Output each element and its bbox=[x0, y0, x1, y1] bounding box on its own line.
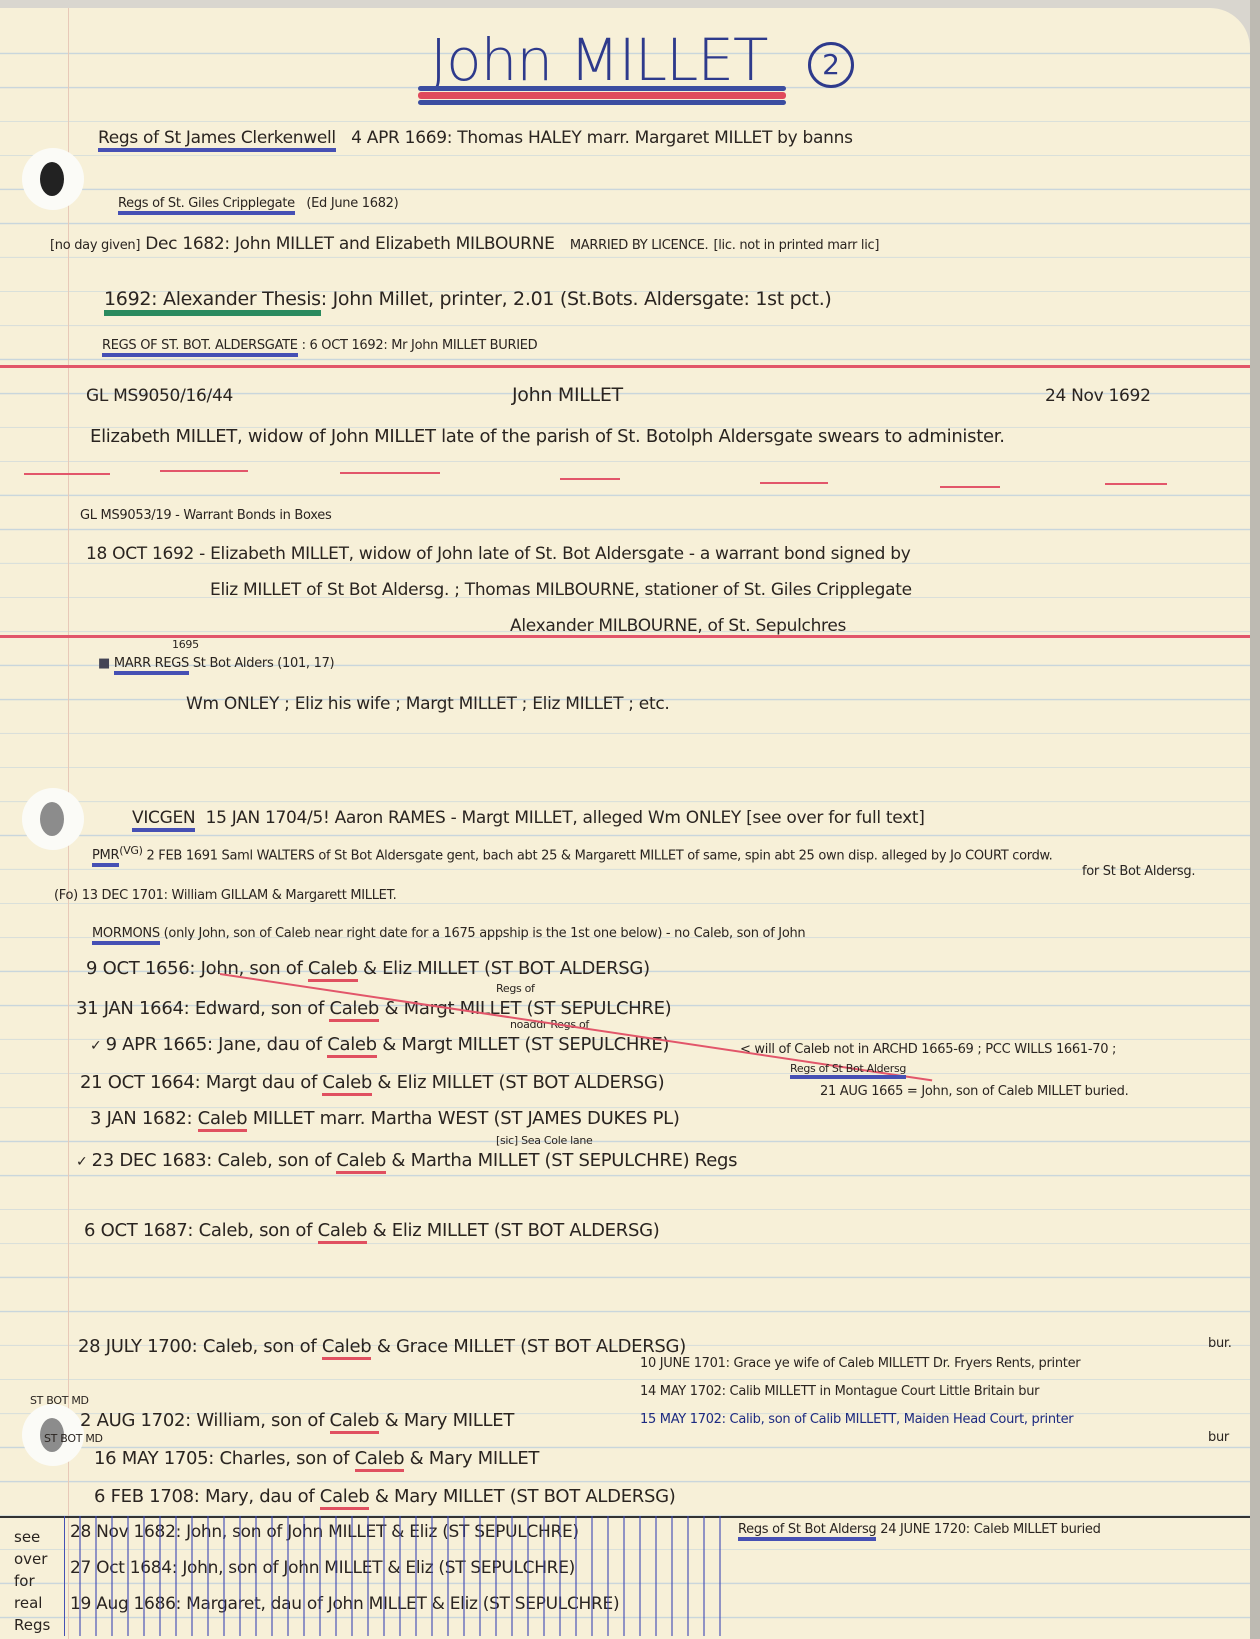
record-father: Caleb bbox=[327, 1034, 377, 1058]
record-date: 6 FEB 1708: bbox=[94, 1486, 205, 1507]
section-divider bbox=[0, 365, 1250, 368]
burial-1665: 21 AUG 1665 = John, son of Caleb MILLET … bbox=[820, 1084, 1128, 1099]
page-number-badge: 2 bbox=[808, 42, 854, 88]
entry-text: : John Millet, printer, 2.01 (St.Bots. A… bbox=[321, 288, 832, 310]
record-row: 6 OCT 1687: Caleb, son of Caleb & Eliz M… bbox=[84, 1220, 659, 1241]
thesis-entry: 1692: Alexander Thesis: John Millet, pri… bbox=[104, 288, 832, 310]
entry-text: 24 JUNE 1720: Caleb MILLET buried bbox=[880, 1522, 1100, 1537]
record-row: 21 OCT 1664: Margt dau of Caleb & Eliz M… bbox=[80, 1072, 664, 1093]
source-label: 1692: Alexander Thesis bbox=[104, 288, 321, 316]
source-label: Regs of St James Clerkenwell bbox=[98, 128, 336, 152]
record-person: Caleb bbox=[203, 1336, 253, 1357]
entry-text: 4 APR 1669: Thomas HALEY marr. Margaret … bbox=[351, 128, 852, 148]
fo-entry: (Fo) 13 DEC 1701: William GILLAM & Marga… bbox=[54, 888, 397, 903]
record-row: 6 FEB 1708: Mary, dau of Caleb & Mary MI… bbox=[94, 1486, 675, 1507]
record-row: 2 AUG 1702: William, son of Caleb & Mary… bbox=[80, 1410, 514, 1431]
check-mark: ✓ bbox=[76, 1154, 92, 1170]
marr-names: Wm ONLEY ; Eliz his wife ; Margt MILLET … bbox=[186, 694, 669, 714]
record-date: 9 APR 1665: bbox=[106, 1034, 219, 1055]
notebook-page: John MILLET 2 Regs of St James Clerkenwe… bbox=[0, 8, 1250, 1639]
record-relation: , son of bbox=[267, 1150, 336, 1171]
cripplegate-heading: Regs of St. Giles Cripplegate (Ed June 1… bbox=[118, 196, 398, 211]
source-label: REGS OF ST. BOT. ALDERSGATE bbox=[102, 338, 298, 357]
source-label: MORMONS bbox=[92, 926, 160, 945]
source-note: (Ed June 1682) bbox=[306, 196, 398, 211]
burial-extra: bur. bbox=[1208, 1336, 1232, 1351]
dash bbox=[560, 478, 620, 480]
entry-caps: MARRIED BY LICENCE. bbox=[570, 238, 708, 253]
record-rest: & Mary MILLET (ST BOT ALDERSG) bbox=[369, 1486, 675, 1507]
record-date: 23 DEC 1683: bbox=[92, 1150, 218, 1171]
source-label: Regs of St. Giles Cripplegate bbox=[118, 196, 295, 215]
admin-text: Elizabeth MILLET, widow of John MILLET l… bbox=[90, 426, 1005, 447]
dash bbox=[340, 472, 440, 474]
record-father: Caleb bbox=[198, 1108, 248, 1132]
record-person: Charles bbox=[219, 1448, 285, 1469]
cripplegate-entry: [no day given] Dec 1682: John MILLET and… bbox=[50, 234, 879, 254]
title-underline bbox=[418, 86, 786, 108]
record-father: Caleb bbox=[330, 1410, 380, 1434]
source-label: MARR REGS bbox=[114, 656, 189, 675]
pmr-cont: for St Bot Aldersg. bbox=[1082, 864, 1195, 879]
record-father: Caleb bbox=[318, 1220, 368, 1244]
record-relation: , dau of bbox=[256, 1034, 327, 1055]
record-rest: & Eliz MILLET (ST BOT ALDERSG) bbox=[372, 1072, 664, 1093]
bonds-ref: GL MS9053/19 - Warrant Bonds in Boxes bbox=[80, 508, 331, 523]
pmr-entry: PMR(VG) 2 FEB 1691 Saml WALTERS of St Bo… bbox=[92, 844, 1053, 863]
page-title: John MILLET bbox=[430, 26, 767, 94]
record-father: Caleb bbox=[308, 958, 358, 982]
record-row: ✓ 23 DEC 1683: Caleb, son of Caleb & Mar… bbox=[76, 1150, 737, 1171]
entry-text: 15 JAN 1704/5! Aaron RAMES - Margt MILLE… bbox=[206, 808, 741, 828]
marr-entry: ■ MARR REGS St Bot Alders (101, 17) bbox=[98, 656, 334, 671]
record-person: Caleb bbox=[199, 1220, 249, 1241]
record-relation: , son of bbox=[285, 1448, 354, 1469]
record-date: 21 OCT 1664: bbox=[80, 1072, 206, 1093]
record-date: 16 MAY 1705: bbox=[94, 1448, 219, 1469]
bonds-line2: Eliz MILLET of St Bot Aldersg. ; Thomas … bbox=[210, 580, 912, 600]
burial-entry: 14 MAY 1702: Calib MILLETT in Montague C… bbox=[640, 1384, 1039, 1399]
side-note: see over for real Regs bbox=[14, 1526, 54, 1636]
burial-extra: bur bbox=[1208, 1430, 1229, 1445]
record-rest: & Mary MILLET bbox=[379, 1410, 514, 1431]
record-relation: , son of bbox=[260, 1410, 329, 1431]
record-row: ✓ 9 APR 1665: Jane, dau of Caleb & Margt… bbox=[90, 1034, 669, 1055]
entry-text: 2 FEB 1691 Saml WALTERS of St Bot Alders… bbox=[146, 848, 1052, 863]
record-rest: & Grace MILLET (ST BOT ALDERSG) bbox=[371, 1336, 686, 1357]
record-father: Caleb bbox=[322, 1336, 372, 1360]
record-rest: MILLET marr. Martha WEST (ST JAMES DUKES… bbox=[247, 1108, 679, 1129]
record-row: 28 JULY 1700: Caleb, son of Caleb & Grac… bbox=[78, 1336, 686, 1357]
entry-text: Dec 1682: John MILLET and Elizabeth MILB… bbox=[145, 234, 554, 254]
record-father: Caleb bbox=[320, 1486, 370, 1510]
entry-text: : 6 OCT 1692: Mr John MILLET BURIED bbox=[302, 338, 538, 353]
record-date: 9 OCT 1656: bbox=[86, 958, 201, 979]
punch-hole bbox=[22, 148, 84, 210]
page-edge bbox=[1250, 0, 1260, 1639]
dash bbox=[160, 470, 248, 472]
mormons-entry: MORMONS (only John, son of Caleb near ri… bbox=[92, 926, 805, 941]
record-father: Caleb bbox=[322, 1072, 372, 1096]
record-date: 6 OCT 1687: bbox=[84, 1220, 199, 1241]
dash bbox=[760, 482, 828, 484]
record-father: Caleb bbox=[336, 1150, 386, 1174]
source-label: PMR bbox=[92, 848, 119, 867]
record-rest: & Margt MILLET (ST SEPULCHRE) bbox=[379, 998, 671, 1019]
record-father: Caleb bbox=[355, 1448, 405, 1472]
record-date: 3 JAN 1682: bbox=[90, 1108, 198, 1129]
record-date: 28 JULY 1700: bbox=[78, 1336, 203, 1357]
record-person: Margt bbox=[206, 1072, 257, 1093]
burial-entry: 10 JUNE 1701: Grace ye wife of Caleb MIL… bbox=[640, 1356, 1080, 1371]
source-sup: (VG) bbox=[119, 844, 142, 857]
record-rest: & Martha MILLET (ST SEPULCHRE) Regs bbox=[386, 1150, 737, 1171]
record-relation: dau of bbox=[256, 1072, 322, 1093]
record-rest: & Margt MILLET (ST SEPULCHRE) bbox=[377, 1034, 669, 1055]
admin-date: 24 Nov 1692 bbox=[1045, 386, 1151, 406]
dash bbox=[24, 473, 110, 475]
record-row: 31 JAN 1664: Edward, son of Caleb & Marg… bbox=[76, 998, 671, 1019]
record-annotation: ST BOT MD bbox=[30, 1394, 89, 1407]
record-annotation: ST BOT MD bbox=[44, 1432, 103, 1445]
record-rest: & Mary MILLET bbox=[404, 1448, 539, 1469]
record-date: 2 AUG 1702: bbox=[80, 1410, 196, 1431]
record-relation: , son of bbox=[260, 998, 329, 1019]
vicgen-entry: VICGEN 15 JAN 1704/5! Aaron RAMES - Marg… bbox=[132, 808, 925, 828]
admin-name: John MILLET bbox=[512, 384, 623, 406]
record-row: 16 MAY 1705: Charles, son of Caleb & Mar… bbox=[94, 1448, 539, 1469]
record-person: Mary bbox=[205, 1486, 248, 1507]
entry-note: [lic. not in printed marr lic] bbox=[713, 238, 879, 253]
burial-entry: 15 MAY 1702: Calib, son of Calib MILLETT… bbox=[640, 1412, 1073, 1427]
source-label: Regs of St Bot Aldersg bbox=[738, 1522, 876, 1541]
strikeout-scribble bbox=[64, 1516, 725, 1636]
entry-ref: St Bot Alders (101, 17) bbox=[193, 656, 334, 671]
record-person: William bbox=[196, 1410, 260, 1431]
marr-year: 1695 bbox=[172, 638, 199, 651]
record-relation: , son of bbox=[239, 958, 308, 979]
record-relation: , dau of bbox=[248, 1486, 319, 1507]
aldersgate-burial: REGS OF ST. BOT. ALDERSGATE : 6 OCT 1692… bbox=[102, 338, 537, 353]
entry-text: (only John, son of Caleb near right date… bbox=[164, 926, 806, 941]
record-annotation: [sic] Sea Cole lane bbox=[496, 1134, 592, 1147]
record-row: 3 JAN 1682: Caleb MILLET marr. Martha WE… bbox=[90, 1108, 680, 1129]
record-rest: & Eliz MILLET (ST BOT ALDERSG) bbox=[367, 1220, 659, 1241]
will-note: < will of Caleb not in ARCHD 1665-69 ; P… bbox=[740, 1042, 1116, 1057]
bonds-line3: Alexander MILBOURNE, of St. Sepulchres bbox=[510, 616, 846, 636]
entry-prefix: [no day given] bbox=[50, 238, 140, 253]
clerkenwell-entry: Regs of St James Clerkenwell 4 APR 1669:… bbox=[98, 128, 853, 148]
burial-1720: Regs of St Bot Aldersg 24 JUNE 1720: Cal… bbox=[738, 1522, 1101, 1537]
entry-note: [see over for full text] bbox=[746, 808, 925, 828]
punch-hole bbox=[22, 788, 84, 850]
dash bbox=[1105, 483, 1167, 485]
record-father: Caleb bbox=[329, 998, 379, 1022]
dash bbox=[940, 486, 1000, 488]
record-date: 31 JAN 1664: bbox=[76, 998, 195, 1019]
bonds-line1: 18 OCT 1692 - Elizabeth MILLET, widow of… bbox=[86, 544, 911, 564]
record-person: Jane bbox=[218, 1034, 256, 1055]
admin-ref: GL MS9050/16/44 bbox=[86, 386, 233, 406]
record-person: Edward bbox=[195, 998, 260, 1019]
source-label: Regs of St Bot Aldersg bbox=[790, 1062, 906, 1079]
record-relation: , son of bbox=[248, 1220, 317, 1241]
record-rest: & Eliz MILLET (ST BOT ALDERSG) bbox=[358, 958, 650, 979]
source-label: VICGEN bbox=[132, 808, 195, 832]
record-annotation: Regs of bbox=[496, 982, 535, 995]
record-relation: , son of bbox=[252, 1336, 321, 1357]
check-mark: ✓ bbox=[90, 1038, 106, 1054]
burial-1665-source: Regs of St Bot Aldersg bbox=[790, 1062, 906, 1075]
record-person: Caleb bbox=[217, 1150, 267, 1171]
record-row: 9 OCT 1656: John, son of Caleb & Eliz MI… bbox=[86, 958, 650, 979]
